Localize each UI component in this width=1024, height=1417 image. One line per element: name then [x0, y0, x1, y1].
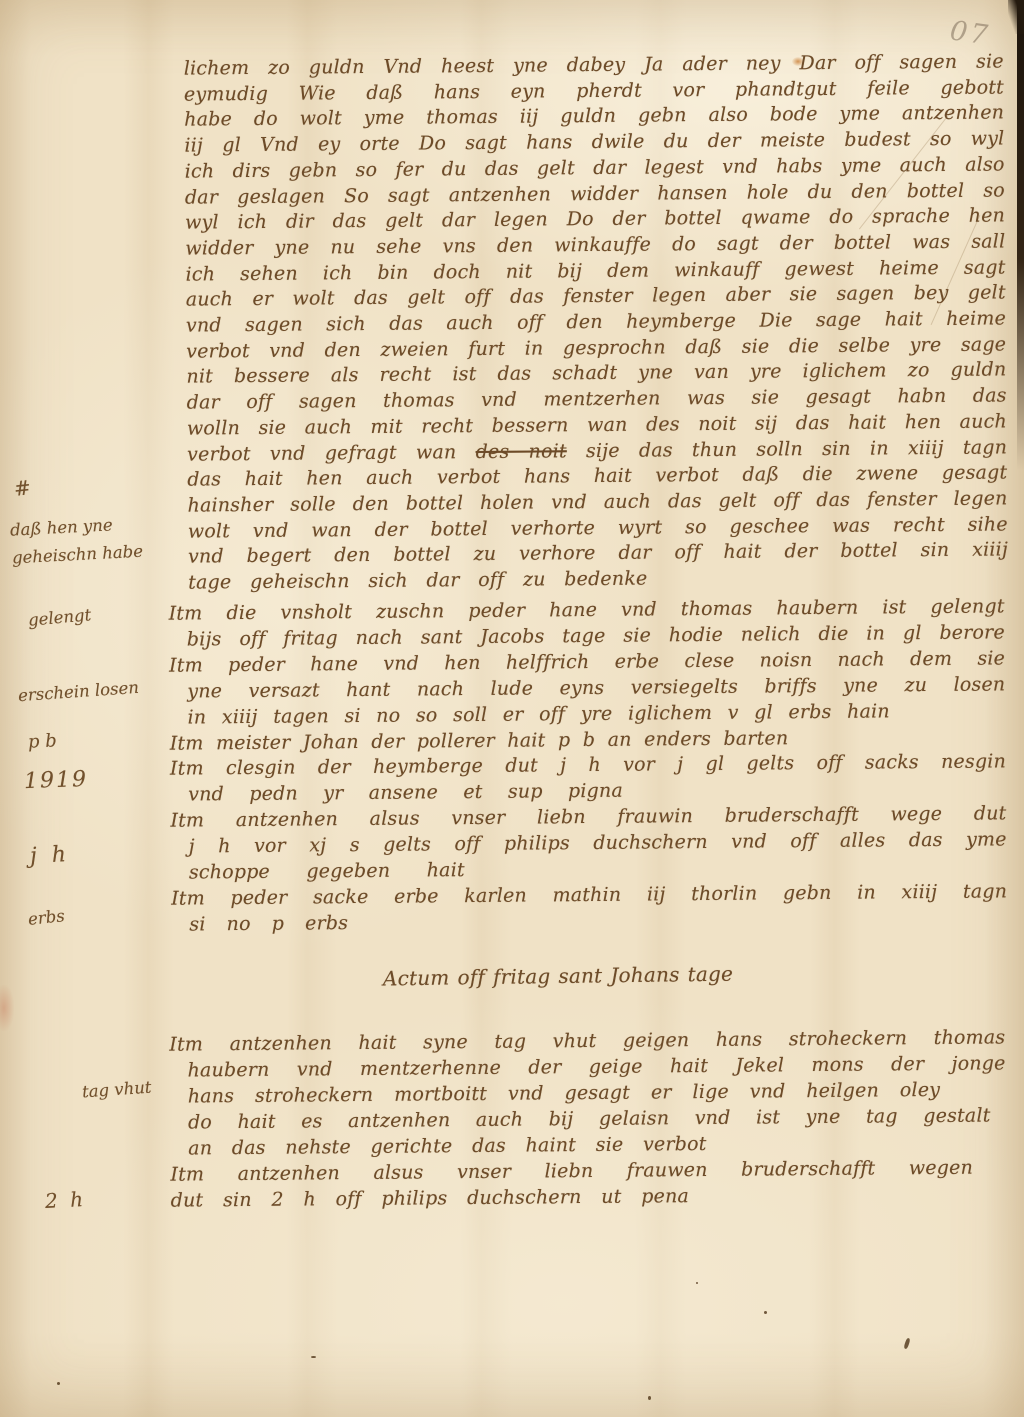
line-text: verbot vnd gefragt wan	[187, 441, 476, 466]
line-text: sije das thun solln sin in xiiij tagn	[567, 436, 1008, 462]
court-items-block: Itm die vnsholt zuschn peder hane vnd th…	[169, 594, 1008, 938]
ink-speck	[696, 1282, 698, 1284]
page-corner-shadow	[1008, 0, 1024, 34]
page-number: 07	[948, 15, 992, 51]
margin-note-gelengt: gelengt	[27, 605, 92, 629]
lower-text-block: Itm antzenhen hait syne tag vhut geigen …	[169, 1024, 1007, 1213]
struck-word: des noit	[476, 440, 567, 463]
margin-note-p-b: p b	[27, 730, 57, 752]
item-line: schoppe gegeben hait	[171, 858, 465, 886]
margin-note-erschein-losen: erschein losen	[17, 678, 139, 705]
item-line: dut sin 2 h off philips duchschern ut pe…	[171, 1183, 690, 1214]
ink-speck	[57, 1382, 60, 1385]
margin-note-geheischn-2: geheischn habe	[12, 542, 144, 568]
margin-note-erbs: erbs	[27, 906, 65, 929]
margin-note-j-h: j h	[29, 842, 70, 869]
manuscript-line: tage geheischn sich dar off zu bedenke	[188, 567, 647, 597]
ink-speck	[764, 1311, 767, 1314]
manuscript-page: 07 # daß hen yne geheischn habe gelengt …	[0, 0, 1024, 1417]
margin-hash-mark: #	[13, 475, 32, 501]
main-text-block: lichem zo guldn Vnd heest yne dabey Ja a…	[184, 49, 1009, 596]
item-line: vnd pedn yr ansene et sup pigna	[170, 779, 623, 809]
margin-note-2-h: 2 h	[44, 1187, 86, 1213]
section-heading: Actum off fritag sant Johans tage	[358, 961, 758, 991]
margin-note-tag-vhut: tag vhut	[81, 1078, 152, 1102]
ink-speck	[648, 1396, 651, 1400]
page-edge-shadow	[1017, 0, 1024, 470]
item-line: si no p erbs	[171, 911, 348, 938]
red-smudge	[0, 985, 14, 1031]
margin-note-geheischn-1: daß hen yne	[10, 515, 114, 539]
margin-note-1919: 1919	[24, 767, 89, 794]
ink-speck	[903, 1338, 910, 1350]
ink-speck	[311, 1356, 316, 1358]
